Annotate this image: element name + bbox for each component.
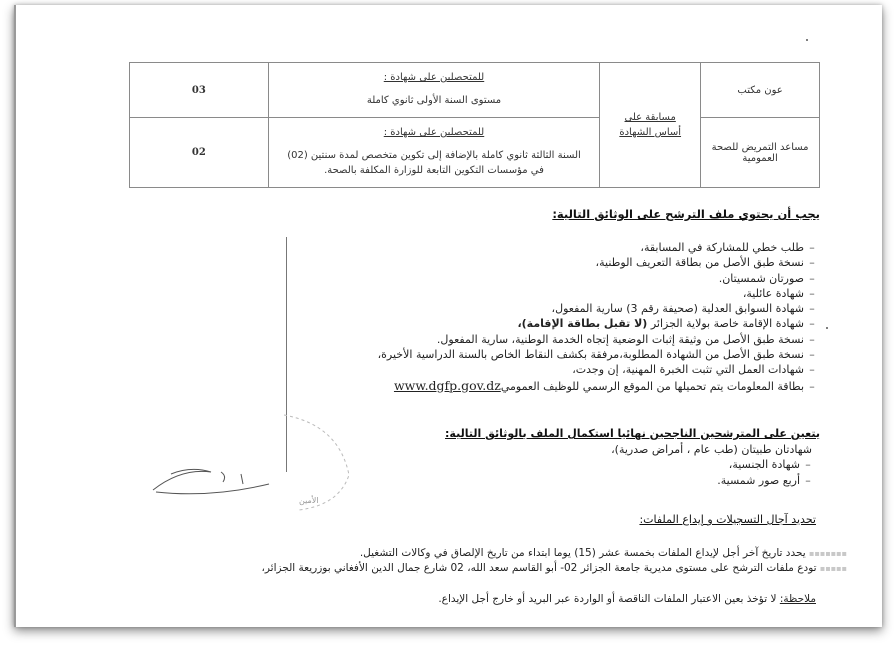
website-link[interactable]: www.dgfp.gov.dz [394,378,501,393]
deadline-line-2: ▪▪▪▪▪ تودع ملفات الترشح على مستوى مديرية… [262,560,848,577]
note-text: لا تؤخذ بعين الاعتبار الملفات الناقصة أو… [438,593,776,605]
note-line: ملاحظة: لا تؤخذ بعين الاعتبار الملفات ال… [438,591,816,607]
scan-speck [806,39,808,41]
list-item: –شهادة عائلية، [378,286,820,301]
position-name: عون مكتب [701,63,820,118]
dash-bullet-icon: – [804,379,820,394]
condition-cell: للمتحصلين على شهادة : مستوى السنة الأولى… [268,63,599,118]
deadlines-heading: تحديد آجال التسجيلات و إيداع الملفات: [639,513,816,526]
list-item: –شهادة السوابق العدلية (صحيفة رقم 3) سار… [378,301,820,316]
dash-bullet-icon: – [804,255,820,270]
list-item: شهادتان طبيتان (طب عام ، أمراض صدرية)، [611,442,816,457]
condition-title: للمتحصلين على شهادة : [269,127,599,138]
note-label: ملاحظة: [780,593,816,605]
positions-count: 02 [130,118,269,188]
dash-bullet-icon: – [804,301,820,316]
list-item: –نسخة طبق الأصل من وثيقة إثبات الوضعية إ… [378,332,820,347]
list-item: –شهادات العمل التي تثبت الخبرة المهنية، … [378,362,820,377]
dash-bullet-icon: – [804,271,820,286]
dash-bullet-icon: – [804,316,820,331]
list-item: –بطاقة المعلومات يتم تحميلها من الموقع ا… [378,378,820,394]
dash-bullet-icon: – [800,457,816,472]
condition-cell: للمتحصلين على شهادة : السنة الثالثة ثانو… [268,118,599,188]
recruitment-mode-cell: مسابقة على أساس الشهادة [600,63,701,188]
recruitment-mode: مسابقة على أساس الشهادة [600,110,700,140]
list-item: –صورتان شمسيتان. [378,271,820,286]
scan-speck [826,327,828,329]
list-item: –أربع صور شمسية. [611,473,816,488]
svg-text:الأمين: الأمين [299,495,319,505]
faint-text: ▪▪▪▪▪▪▪ [809,549,847,558]
residence-note: (لا تقبل بطاقة الإقامة)، [517,317,647,330]
list-item: –شهادة الجنسية، [611,457,816,472]
positions-count: 03 [130,63,269,118]
official-stamp-icon: الأمين [279,405,359,515]
dash-bullet-icon: – [804,347,820,362]
dash-bullet-icon: – [800,473,816,488]
condition-body: السنة الثالثة ثانوي كاملة بالإضافة إلى ت… [269,148,599,178]
dash-bullet-icon: – [804,240,820,255]
dash-bullet-icon: – [804,362,820,377]
document-page: 03 للمتحصلين على شهادة : مستوى السنة الأ… [14,5,882,627]
list-item: –نسخة طبق الأصل من الشهادة المطلوبة،مرفق… [378,347,820,362]
list-item: –شهادة الإقامة خاصة بولاية الجزائر (لا ت… [378,316,820,331]
condition-title: للمتحصلين على شهادة : [269,72,599,83]
position-name: مساعد التمريض للصحة العمومية [701,118,820,188]
table-row: 03 للمتحصلين على شهادة : مستوى السنة الأ… [130,63,820,118]
dash-bullet-icon: – [804,286,820,301]
dash-bullet-icon: – [804,332,820,347]
faint-text: ▪▪▪▪▪ [820,564,847,573]
documents-heading: يجب أن يحتوي ملف الترشح على الوثائق التا… [552,207,820,221]
signature-icon [151,460,271,500]
positions-table: 03 للمتحصلين على شهادة : مستوى السنة الأ… [129,62,820,188]
list-item: –طلب خطي للمشاركة في المسابقة، [378,240,820,255]
table-row: 02 للمتحصلين على شهادة : السنة الثالثة ث… [130,118,820,188]
documents-list: –طلب خطي للمشاركة في المسابقة، –نسخة طبق… [378,240,820,394]
list-item: –نسخة طبق الأصل من بطاقة التعريف الوطنية… [378,255,820,270]
condition-body: مستوى السنة الأولى ثانوي كاملة [269,93,599,108]
successful-list: شهادتان طبيتان (طب عام ، أمراض صدرية)، –… [611,442,816,488]
successful-heading: يتعين على المترشحين الناجحين نهائيا استك… [445,427,820,440]
